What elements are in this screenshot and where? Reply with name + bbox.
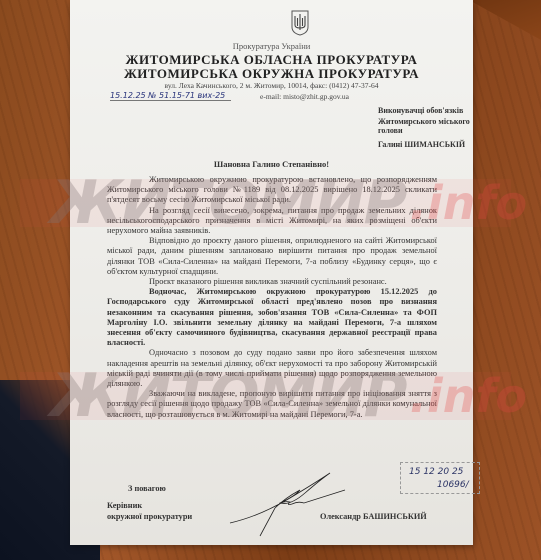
stamp-date: 15 12 20 25 [409,467,463,477]
incoming-registration-stamp: 15 12 20 25 10696/ [400,462,480,494]
recipient-name: Галині ШИМАНСЬКІЙ [378,140,465,149]
outgoing-reference: 15.12.25 № 51.15-71 вих-25 [110,91,231,101]
paragraph: Зважаючи на викладене, пропоную вирішити… [107,389,437,420]
signer-name: Олександр БАШИНСЬКИЙ [320,512,427,521]
letter-page: Прокуратура України ЖИТОМИРСЬКА ОБЛАСНА … [70,0,473,545]
stamp-number: 10696/ [437,480,469,490]
signature-icon [220,468,350,538]
recipient-position-2: Житомирського міського голови [378,117,473,135]
email-line: e-mail: misto@zhit.gp.gov.ua [260,92,349,101]
paragraph: Одночасно з позовом до суду подано заяви… [107,348,437,389]
signer-position-line-1: Керівник [107,500,192,511]
salutation: Шановна Галино Степанівно! [70,159,473,169]
district-prosecutor-title: ЖИТОМИРСЬКА ОКРУЖНА ПРОКУРАТУРА [70,66,473,82]
paragraph: Проєкт вказаного рішення викликав значни… [107,277,437,287]
address-line: вул. Леха Качинського, 2 м. Житомир, 100… [70,81,473,90]
recipient-position-1: Виконувачці обов'язків [378,106,463,115]
signer-position: Керівник окружної прокуратури [107,500,192,522]
paragraph: На розгляд сесії винесено, зокрема, пита… [107,206,437,237]
paragraph: Відповідно до проєкту даного рішення, оп… [107,236,437,277]
closing-regards: З повагою [128,484,166,493]
signer-position-line-2: окружної прокуратури [107,511,192,522]
letter-body: Житомирською окружною прокуратурою встан… [107,175,437,420]
paragraph: Водночас, Житомирською окружною прокурат… [107,287,437,348]
agency-name: Прокуратура України [70,41,473,51]
trident-coat-of-arms-icon [291,10,309,36]
paragraph: Житомирською окружною прокуратурою встан… [107,175,437,206]
